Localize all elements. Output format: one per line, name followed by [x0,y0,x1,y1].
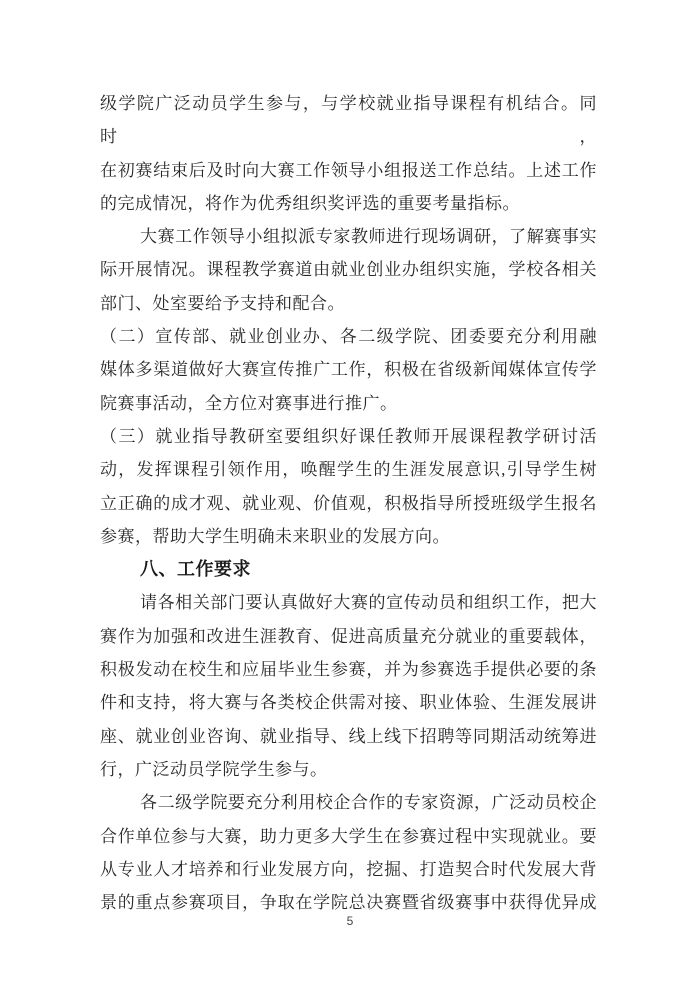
text-line: 合作单位参与大赛，助力更多大学生在参赛过程中实现就业。要 [100,820,597,853]
text-line: 参赛，帮助大学生明确未来职业的发展方向。 [100,520,597,553]
text-line: 立正确的成才观、就业观、价值观，积极指导所授班级学生报名 [100,487,597,520]
text-line: （二）宣传部、就业创业办、各二级学院、团委要充分利用融 [100,320,597,353]
text-line: 院赛事活动，全方位对赛事进行推广。 [100,387,597,420]
text-line: 动，发挥课程引领作用，唤醒学生的生涯发展意识,引导学生树 [100,453,597,486]
section-heading: 八、工作要求 [100,553,597,586]
text-line: 各二级学院要充分利用校企合作的专家资源，广泛动员校企 [100,786,597,819]
text-line: 行，广泛动员学院学生参与。 [100,753,597,786]
text-line: 在初赛结束后及时向大赛工作领导小组报送工作总结。上述工作 [100,154,597,187]
paragraph: 大赛工作领导小组拟派专家教师进行现场调研，了解赛事实际开展情况。课程教学赛道由就… [100,220,597,320]
text-line: 座、就业创业咨询、就业指导、线上线下招聘等同期活动统筹进 [100,720,597,753]
paragraph: 级学院广泛动员学生参与，与学校就业指导课程有机结合。同时，在初赛结束后及时向大赛… [100,87,597,220]
text-line: 赛作为加强和改进生涯教育、促进高质量充分就业的重要载体， [100,620,597,653]
document-body: 级学院广泛动员学生参与，与学校就业指导课程有机结合。同时，在初赛结束后及时向大赛… [100,87,597,919]
paragraph: （三）就业指导教研室要组织好课任教师开展课程教学研讨活动，发挥课程引领作用，唤醒… [100,420,597,553]
text-line: 件和支持，将大赛与各类校企供需对接、职业体验、生涯发展讲 [100,686,597,719]
document-page: 级学院广泛动员学生参与，与学校就业指导课程有机结合。同时，在初赛结束后及时向大赛… [0,0,700,990]
text-line: 媒体多渠道做好大赛宣传推广工作，积极在省级新闻媒体宣传学 [100,353,597,386]
paragraph: （二）宣传部、就业创业办、各二级学院、团委要充分利用融媒体多渠道做好大赛宣传推广… [100,320,597,420]
page-number: 5 [0,914,700,928]
text-line: 部门、处室要给予支持和配合。 [100,287,597,320]
paragraph: 各二级学院要充分利用校企合作的专家资源，广泛动员校企合作单位参与大赛，助力更多大… [100,786,597,919]
text-line: 请各相关部门要认真做好大赛的宣传动员和组织工作，把大 [100,586,597,619]
text-line: （三）就业指导教研室要组织好课任教师开展课程教学研讨活 [100,420,597,453]
text-line: 从专业人才培养和行业发展方向，挖掘、打造契合时代发展大背 [100,853,597,886]
text-line: 的完成情况，将作为优秀组织奖评选的重要考量指标。 [100,187,597,220]
text-line: 大赛工作领导小组拟派专家教师进行现场调研，了解赛事实 [100,220,597,253]
text-line: 级学院广泛动员学生参与，与学校就业指导课程有机结合。同时， [100,87,597,154]
paragraph: 请各相关部门要认真做好大赛的宣传动员和组织工作，把大赛作为加强和改进生涯教育、促… [100,586,597,786]
text-line: 际开展情况。课程教学赛道由就业创业办组织实施，学校各相关 [100,253,597,286]
heading-line: 八、工作要求 [100,553,597,586]
text-line: 积极发动在校生和应届毕业生参赛，并为参赛选手提供必要的条 [100,653,597,686]
